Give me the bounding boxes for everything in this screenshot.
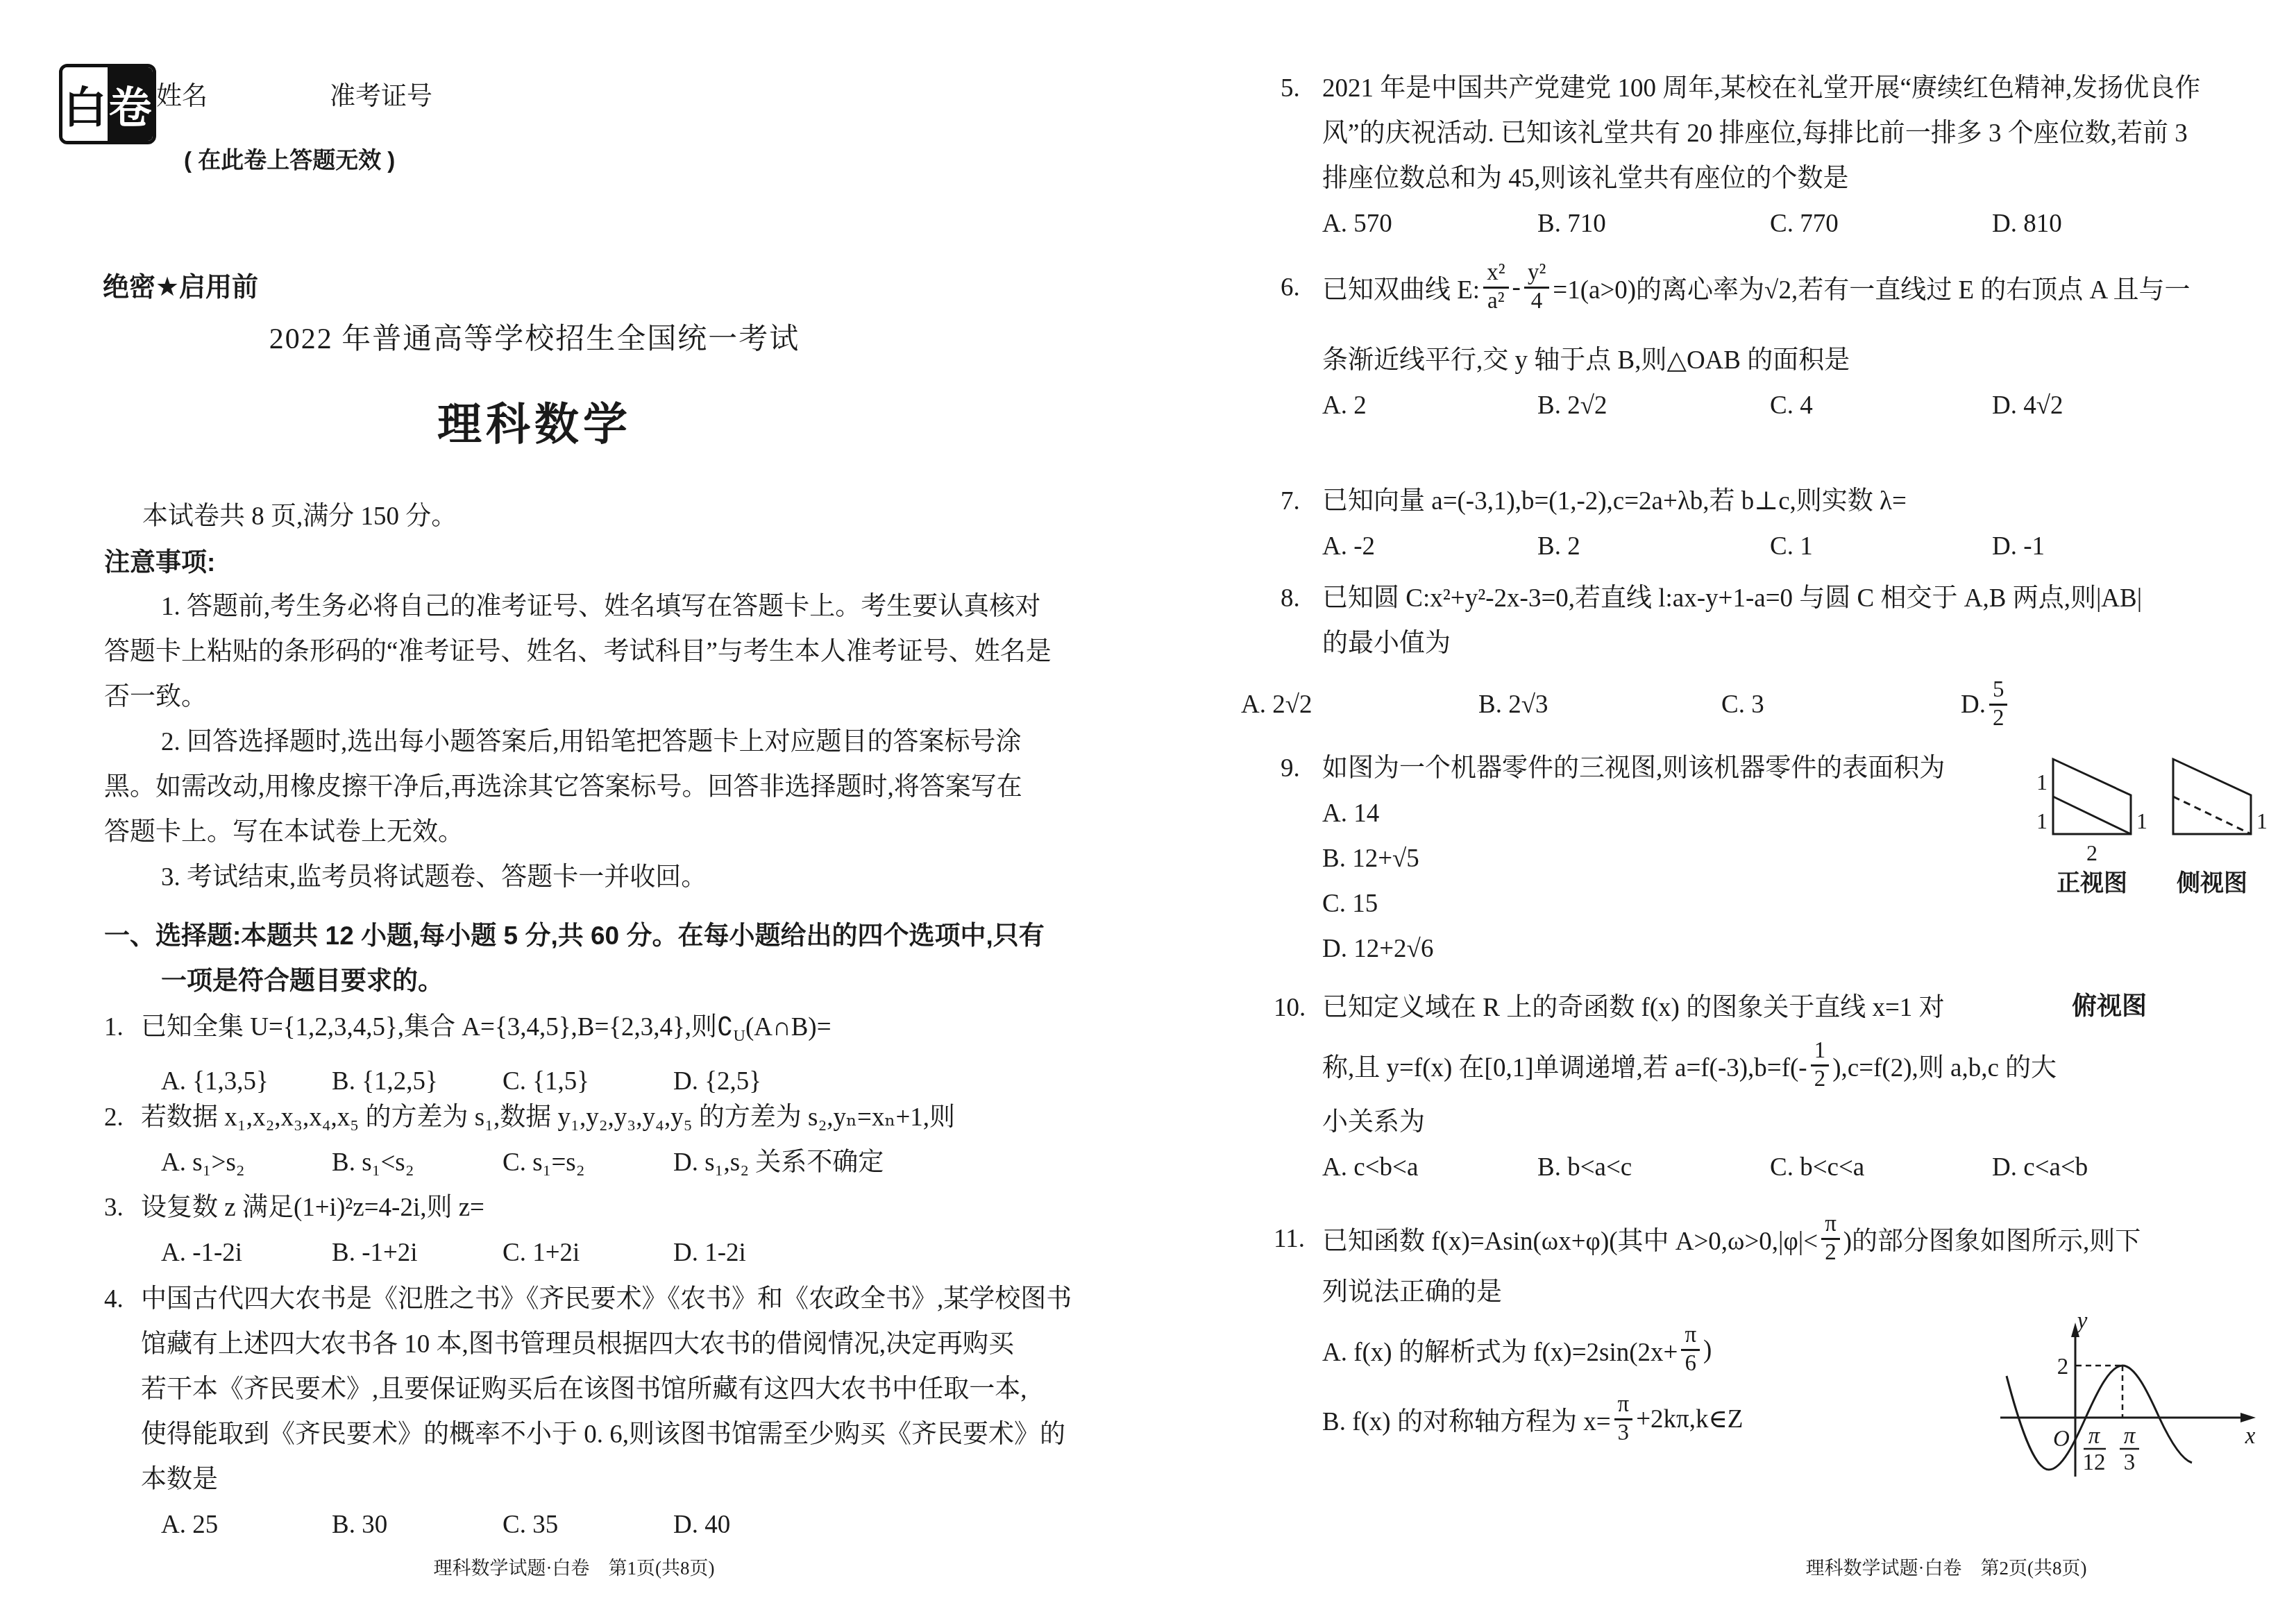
sine-graph: y x O 2 π 12 π 3 bbox=[1985, 1310, 2263, 1484]
question-10-l2a: 称,且 y=f(x) 在[0,1]单调递增,若 a=f(-3),b=f(- bbox=[1322, 1046, 1807, 1084]
option-d: D. -1 bbox=[1992, 524, 2045, 569]
question-3-number: 3. bbox=[104, 1185, 141, 1230]
question-5-number: 5. bbox=[1281, 66, 1322, 111]
fraction-1-2: 12 bbox=[1811, 1038, 1830, 1093]
question-11-l1b: )的部分图象如图所示,则下 bbox=[1843, 1220, 2141, 1257]
fraction-denominator: 2 bbox=[1989, 706, 2008, 732]
front-view-caption: 正视图 bbox=[2057, 870, 2127, 897]
question-3-options: A. -1-2iB. -1+2iC. 1+2iD. 1-2i bbox=[161, 1230, 1148, 1275]
fraction-denominator: 6 bbox=[1681, 1351, 1700, 1377]
question-1-text: 1.已知全集 U={1,2,3,4,5},集合 A={3,4,5},B={2,3… bbox=[104, 1005, 1148, 1059]
question-4-body: 中国古代四大农书是《氾胜之书》《齐民要术》《农书》和《农政全书》,某学校图书 bbox=[141, 1285, 1072, 1314]
dim-front-right: 1 bbox=[2136, 808, 2147, 833]
fraction-denominator: a² bbox=[1484, 289, 1508, 315]
question-5-body: 2021 年是中国共产党建党 100 周年,某校在礼堂开展“赓续红色精神,发扬优… bbox=[1322, 74, 2200, 103]
question-4-line: 4.中国古代四大农书是《氾胜之书》《齐民要术》《农书》和《农政全书》,某学校图书 bbox=[104, 1277, 1148, 1322]
option-b: B. s₁<s₂ bbox=[332, 1140, 503, 1185]
section-line-2: 一项是符合题目要求的。 bbox=[161, 958, 1148, 1003]
option-b: B. 2 bbox=[1537, 524, 1770, 569]
notice-1-line: 答题卡上粘贴的条形码的“准考证号、姓名、考试科目”与考生本人准考证号、姓名是 bbox=[104, 629, 1148, 674]
notice-1-line: 1. 答题前,考生务必将自己的准考证号、姓名填写在答题卡上。考生要认真核对 bbox=[161, 584, 1148, 629]
question-2-text: 2.若数据 x₁,x₂,x₃,x₄,x₅ 的方差为 s₁,数据 y₁,y₂,y₃… bbox=[104, 1095, 1148, 1140]
fraction-numerator: 5 bbox=[1989, 677, 2008, 706]
option-c: C. 4 bbox=[1770, 383, 1992, 428]
page-2-footer: 理科数学试题·白卷 第2页(共8页) bbox=[1703, 1553, 2189, 1580]
dim-front-left-bottom: 1 bbox=[2036, 808, 2048, 833]
question-4: 4.中国古代四大农书是《氾胜之书》《齐民要术》《农书》和《农政全书》,某学校图书… bbox=[0, 1277, 1148, 1547]
option-a: A. 25 bbox=[161, 1502, 332, 1547]
fraction-denominator: 3 bbox=[1614, 1420, 1633, 1447]
question-3-text: 3.设复数 z 满足(1+i)²z=4-2i,则 z= bbox=[104, 1185, 1148, 1230]
question-6-number: 6. bbox=[1281, 273, 1322, 303]
fraction-numerator: π bbox=[1614, 1392, 1633, 1420]
fraction-numerator: π bbox=[1821, 1212, 1840, 1240]
notice-2-line: 2. 回答选择题时,选出每小题答案后,用铅笔把答题卡上对应题目的答案标号涂 bbox=[161, 720, 1148, 765]
question-3-body: 设复数 z 满足(1+i)²z=4-2i,则 z= bbox=[141, 1193, 484, 1222]
question-6-line-2: 条渐近线平行,交 y 轴于点 B,则△OAB 的面积是 bbox=[1322, 338, 2296, 383]
question-10-number: 10. bbox=[1274, 985, 1322, 1030]
notice-title: 注意事项: bbox=[104, 540, 215, 585]
question-7-number: 7. bbox=[1281, 479, 1322, 524]
option-b: B. 2√2 bbox=[1537, 383, 1770, 428]
question-6-options: A. 2B. 2√2C. 4D. 4√2 bbox=[1322, 383, 2296, 428]
notice-2: 2. 回答选择题时,选出每小题答案后,用铅笔把答题卡上对应题目的答案标号涂 黑。… bbox=[0, 720, 1148, 855]
question-11-l1a: 已知函数 f(x)=Asin(ωx+φ)(其中 A>0,ω>0,|φ|< bbox=[1322, 1220, 1818, 1257]
option-a: A. -1-2i bbox=[161, 1230, 332, 1275]
question-3: 3.设复数 z 满足(1+i)²z=4-2i,则 z= A. -1-2iB. -… bbox=[0, 1185, 1148, 1275]
fraction-pi-6: π6 bbox=[1681, 1323, 1700, 1377]
question-2: 2.若数据 x₁,x₂,x₃,x₄,x₅ 的方差为 s₁,数据 y₁,y₂,y₃… bbox=[0, 1095, 1148, 1185]
baijuan-logo: 白 卷 bbox=[59, 64, 156, 144]
question-4-line: 馆藏有上述四大农书各 10 本,图书管理员根据四大农书的借阅情况,决定再购买 bbox=[141, 1322, 1148, 1367]
fraction-numerator: 1 bbox=[1811, 1038, 1830, 1067]
option-b-text: B. f(x) 的对称轴方程为 x= bbox=[1322, 1400, 1611, 1438]
option-a: A. 2√2 bbox=[1241, 690, 1478, 720]
option-d: D. 12+2√6 bbox=[1322, 926, 2296, 971]
question-10: 10.已知定义域在 R 上的奇函数 f(x) 的图象关于直线 x=1 对 称,且… bbox=[1148, 985, 2296, 1190]
option-d: D. 1-2i bbox=[673, 1230, 746, 1275]
question-8-line-1: 8.已知圆 C:x²+y²-2x-3=0,若直线 l:ax-y+1-a=0 与圆… bbox=[1281, 576, 2296, 621]
fraction-pi-2: π2 bbox=[1821, 1212, 1840, 1266]
option-b: B. 2√3 bbox=[1478, 690, 1721, 720]
question-11-number: 11. bbox=[1274, 1224, 1322, 1254]
question-1-t1: 已知全集 U={1,2,3,4,5},集合 A={3,4,5},B={2,3,4… bbox=[141, 1013, 734, 1042]
question-5: 5.2021 年是中国共产党建党 100 周年,某校在礼堂开展“赓续红色精神,发… bbox=[1148, 66, 2296, 246]
question-8-line-2: 的最小值为 bbox=[1322, 621, 2296, 666]
dim-front-bottom: 2 bbox=[2086, 840, 2097, 865]
option-a: A. c<b<a bbox=[1322, 1145, 1537, 1190]
logo-left-char: 白 bbox=[62, 67, 108, 141]
x-axis-label: x bbox=[2245, 1424, 2256, 1449]
option-a-close: ) bbox=[1703, 1335, 1712, 1365]
page-2: 5.2021 年是中国共产党建党 100 周年,某校在礼堂开展“赓续红色精神,发… bbox=[1148, 0, 2296, 1623]
side-view-caption: 侧视图 bbox=[2177, 870, 2247, 897]
side-view-outline bbox=[2173, 759, 2251, 834]
complement-subscript: U bbox=[734, 1027, 745, 1045]
exam-no-label: 准考证号 bbox=[330, 75, 432, 112]
question-10-line-2: 称,且 y=f(x) 在[0,1]单调递增,若 a=f(-3),b=f(-12)… bbox=[1322, 1030, 2296, 1100]
notice-3: 3. 考试结束,监考员将试题卷、答题卡一并收回。 bbox=[161, 855, 707, 900]
option-a: A. 2 bbox=[1322, 383, 1537, 428]
secrecy-label: 绝密★启用前 bbox=[103, 265, 258, 303]
option-a: A. -2 bbox=[1322, 524, 1537, 569]
question-1-number: 1. bbox=[104, 1005, 141, 1050]
question-5-options: A. 570B. 710C. 770D. 810 bbox=[1322, 201, 2296, 246]
notice-2-line: 答题卡上。写在本试卷上无效。 bbox=[104, 810, 1148, 855]
exam-title: 2022 年普通高等学校招生全国统一考试 bbox=[0, 316, 1069, 357]
logo-right-char: 卷 bbox=[108, 67, 153, 141]
question-2-number: 2. bbox=[104, 1095, 141, 1140]
three-view-figure: 1 1 1 2 1 正视图 侧视图 bbox=[2031, 744, 2274, 903]
question-6: 6.已知双曲线 E:x²a²-y²4=1(a>0)的离心率为√2,若有一直线过 … bbox=[1148, 246, 2296, 428]
invalid-note: ( 在此卷上答题无效 ) bbox=[184, 142, 395, 175]
fraction-numerator: x² bbox=[1483, 260, 1508, 289]
question-4-number: 4. bbox=[104, 1277, 141, 1322]
question-8-number: 8. bbox=[1281, 576, 1322, 621]
notice-1-line: 否一致。 bbox=[104, 674, 1148, 720]
question-10-body: 已知定义域在 R 上的奇函数 f(x) 的图象关于直线 x=1 对 bbox=[1322, 994, 1945, 1022]
question-10-l2b: ),c=f(2),则 a,b,c 的大 bbox=[1832, 1046, 2057, 1084]
option-c: C. b<c<a bbox=[1770, 1145, 1992, 1190]
paper-meta: 本试卷共 8 页,满分 150 分。 bbox=[142, 494, 457, 539]
option-d: D. 40 bbox=[673, 1502, 730, 1547]
fraction-denominator: 2 bbox=[1821, 1240, 1840, 1266]
tick-pi12-numerator: π bbox=[2088, 1424, 2101, 1449]
option-c: C. s₁=s₂ bbox=[503, 1140, 673, 1185]
question-10-line-3: 小关系为 bbox=[1322, 1100, 2296, 1145]
question-4-line: 本数是 bbox=[141, 1457, 1148, 1502]
dim-side-right: 1 bbox=[2256, 808, 2268, 833]
fraction-numerator: y² bbox=[1524, 260, 1549, 289]
option-d: D. s₁,s₂ 关系不确定 bbox=[673, 1140, 884, 1185]
option-c: C. 3 bbox=[1721, 690, 1961, 720]
fraction-5-2: 52 bbox=[1989, 677, 2008, 732]
tick-pi12-denominator: 12 bbox=[2083, 1450, 2106, 1475]
question-2-options: A. s₁>s₂B. s₁<s₂C. s₁=s₂D. s₁,s₂ 关系不确定 bbox=[161, 1140, 1148, 1185]
question-11-line-2: 列说法正确的是 bbox=[1322, 1270, 2296, 1315]
origin-label: O bbox=[2053, 1427, 2070, 1452]
fraction-y2-4: y²4 bbox=[1524, 260, 1549, 315]
question-2-body: 若数据 x₁,x₂,x₃,x₄,x₅ 的方差为 s₁,数据 y₁,y₂,y₃,y… bbox=[141, 1103, 955, 1132]
question-7-text: 7.已知向量 a=(-3,1),b=(1,-2),c=2a+λb,若 b⊥c,则… bbox=[1281, 479, 2296, 524]
question-8-options: A. 2√2B. 2√3C. 3D.52 bbox=[1241, 666, 2296, 742]
question-6-t2: =1(a>0)的离心率为√2,若有一直线过 E 的右顶点 A 且与一 bbox=[1553, 269, 2190, 306]
notice-2-line: 黑。如需改动,用橡皮擦干净后,再选涂其它答案标号。回答非选择题时,将答案写在 bbox=[104, 765, 1148, 810]
option-d: D. 810 bbox=[1992, 201, 2062, 246]
option-d: D. c<a<b bbox=[1992, 1145, 2088, 1190]
option-a: A. 570 bbox=[1322, 201, 1537, 246]
question-7: 7.已知向量 a=(-3,1),b=(1,-2),c=2a+λb,若 b⊥c,则… bbox=[1148, 479, 2296, 569]
question-4-line: 若干本《齐民要术》,且要保证购买后在该图书馆所藏有这四大农书中任取一本, bbox=[141, 1367, 1148, 1412]
name-label: 姓名 bbox=[156, 75, 208, 112]
option-b: B. 710 bbox=[1537, 201, 1770, 246]
option-a: A. s₁>s₂ bbox=[161, 1140, 332, 1185]
option-d: D. bbox=[1961, 690, 1986, 720]
tick-pi3-numerator: π bbox=[2124, 1424, 2136, 1449]
question-7-body: 已知向量 a=(-3,1),b=(1,-2),c=2a+λb,若 b⊥c,则实数… bbox=[1322, 487, 1907, 516]
option-a-text: A. f(x) 的解析式为 f(x)=2sin(2x+ bbox=[1322, 1331, 1678, 1368]
question-1-t2: (A∩B)= bbox=[745, 1013, 832, 1042]
option-c: C. 770 bbox=[1770, 201, 1992, 246]
question-7-options: A. -2B. 2C. 1D. -1 bbox=[1322, 524, 2296, 569]
question-1: 1.已知全集 U={1,2,3,4,5},集合 A={3,4,5},B={2,3… bbox=[0, 1005, 1148, 1104]
minus-sign: - bbox=[1512, 273, 1521, 303]
option-b: B. 30 bbox=[332, 1502, 503, 1547]
question-5-line: 风”的庆祝活动. 已知该礼堂共有 20 排座位,每排比前一排多 3 个座位数,若… bbox=[1322, 111, 2296, 156]
peak-value-label: 2 bbox=[2057, 1354, 2069, 1379]
option-c: C. 1+2i bbox=[503, 1230, 673, 1275]
page-1: 白 卷 姓名 准考证号 ( 在此卷上答题无效 ) 绝密★启用前 2022 年普通… bbox=[0, 0, 1148, 1623]
fraction-x2-a2: x²a² bbox=[1483, 260, 1508, 315]
question-4-options: A. 25B. 30C. 35D. 40 bbox=[161, 1502, 1148, 1547]
question-10-line-1: 10.已知定义域在 R 上的奇函数 f(x) 的图象关于直线 x=1 对 bbox=[1274, 985, 2296, 1030]
fraction-pi-3: π3 bbox=[1614, 1392, 1633, 1447]
section-line-1: 一、选择题:本题共 12 小题,每小题 5 分,共 60 分。在每小题给出的四个… bbox=[104, 913, 1148, 958]
option-c: C. 1 bbox=[1770, 524, 1992, 569]
question-6-formula-line: 6.已知双曲线 E:x²a²-y²4=1(a>0)的离心率为√2,若有一直线过 … bbox=[1281, 246, 2296, 328]
subject-title: 理科数学 bbox=[0, 389, 1069, 452]
dim-front-left-top: 1 bbox=[2036, 770, 2048, 794]
y-axis-label: y bbox=[2075, 1310, 2088, 1334]
fraction-denominator: 4 bbox=[1528, 289, 1546, 315]
page-1-footer: 理科数学试题·白卷 第1页(共8页) bbox=[0, 1553, 1148, 1580]
question-6-t1: 已知双曲线 E: bbox=[1322, 269, 1480, 306]
option-d: D. 4√2 bbox=[1992, 383, 2063, 428]
option-c: C. 35 bbox=[503, 1502, 673, 1547]
question-5-line: 排座位数总和为 45,则该礼堂共有座位的个数是 bbox=[1322, 156, 2296, 201]
question-8-body: 已知圆 C:x²+y²-2x-3=0,若直线 l:ax-y+1-a=0 与圆 C… bbox=[1322, 584, 2142, 613]
fraction-numerator: π bbox=[1681, 1323, 1700, 1351]
question-9-body: 如图为一个机器零件的三视图,则该机器零件的表面积为 bbox=[1322, 754, 1945, 783]
tick-pi3-denominator: 3 bbox=[2124, 1450, 2136, 1475]
option-b: B. -1+2i bbox=[332, 1230, 503, 1275]
question-4-line: 使得能取到《齐民要术》的概率不小于 0. 6,则该图书馆需至少购买《齐民要术》的 bbox=[141, 1412, 1148, 1457]
option-b-tail: +2kπ,k∈Z bbox=[1636, 1404, 1743, 1434]
front-view-outline bbox=[2053, 759, 2131, 834]
notice-1: 1. 答题前,考生务必将自己的准考证号、姓名填写在答题卡上。考生要认真核对 答题… bbox=[0, 584, 1148, 720]
question-10-options: A. c<b<aB. b<a<cC. b<c<aD. c<a<b bbox=[1322, 1145, 2296, 1190]
question-9-number: 9. bbox=[1281, 746, 1322, 791]
fraction-denominator: 2 bbox=[1811, 1067, 1830, 1093]
question-8: 8.已知圆 C:x²+y²-2x-3=0,若直线 l:ax-y+1-a=0 与圆… bbox=[1148, 576, 2296, 742]
option-b: B. b<a<c bbox=[1537, 1145, 1770, 1190]
section-choice-header: 一、选择题:本题共 12 小题,每小题 5 分,共 60 分。在每小题给出的四个… bbox=[0, 913, 1148, 1003]
question-5-line: 5.2021 年是中国共产党建党 100 周年,某校在礼堂开展“赓续红色精神,发… bbox=[1281, 66, 2296, 111]
question-11-line-1: 11.已知函数 f(x)=Asin(ωx+φ)(其中 A>0,ω>0,|φ|<π… bbox=[1274, 1207, 2296, 1270]
